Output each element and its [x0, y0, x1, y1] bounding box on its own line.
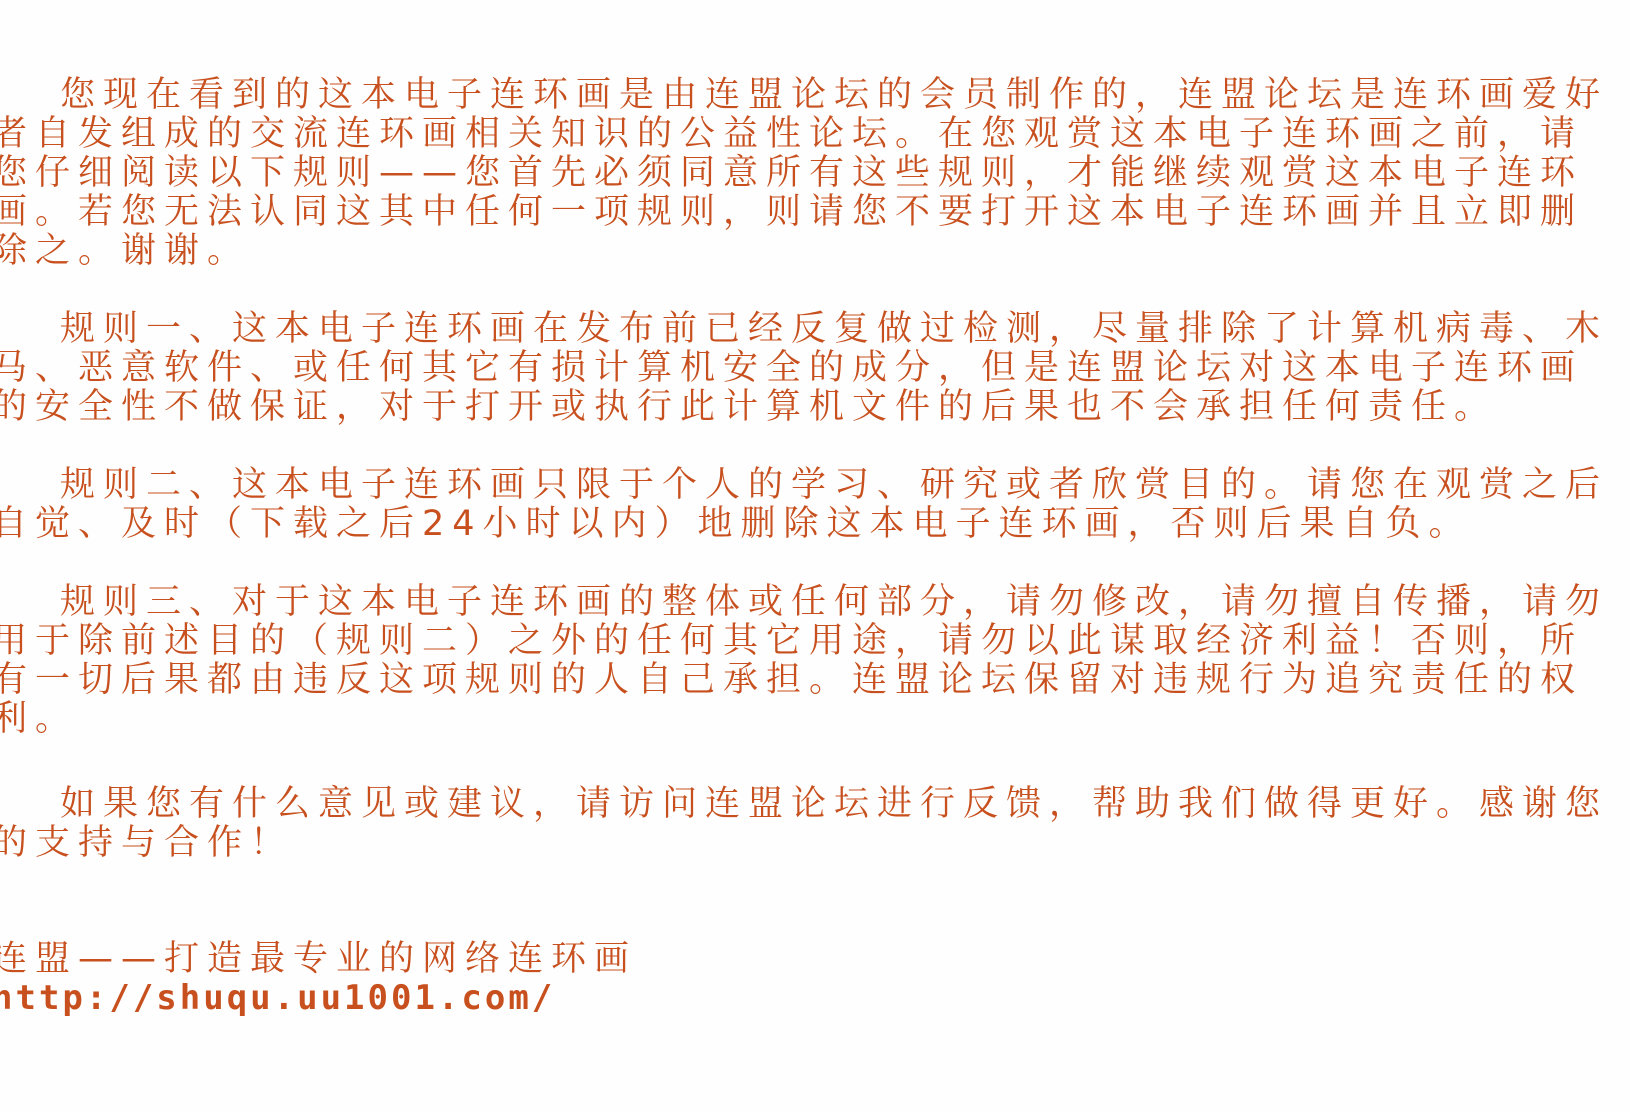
notice-page: 您现在看到的这本电子连环画是由连盟论坛的会员制作的，连盟论坛是连环画爱好 者自发…	[0, 76, 1630, 1018]
text-line: 规则一、这本电子连环画在发布前已经反复做过检测，尽量排除了计算机病毒、木	[0, 310, 1630, 349]
forum-url: http://shuqu.uu1001.com/	[0, 979, 1630, 1018]
text-line: 画。若您无法认同这其中任何一项规则，则请您不要打开这本电子连环画并且立即删	[0, 193, 1630, 232]
text-line: 马、恶意软件、或任何其它有损计算机安全的成分，但是连盟论坛对这本电子连环画	[0, 349, 1630, 388]
text-line: 用于除前述目的（规则二）之外的任何其它用途，请勿以此谋取经济利益！否则，所	[0, 622, 1630, 661]
rule-2-paragraph: 规则二、这本电子连环画只限于个人的学习、研究或者欣赏目的。请您在观赏之后 自觉、…	[0, 466, 1630, 544]
text-line: 的安全性不做保证，对于打开或执行此计算机文件的后果也不会承担任何责任。	[0, 388, 1630, 427]
text-line: 的支持与合作！	[0, 824, 1630, 863]
footer: 连盟——打造最专业的网络连环画 http://shuqu.uu1001.com/	[0, 940, 1630, 1018]
text-line: 利。	[0, 700, 1630, 739]
intro-paragraph: 您现在看到的这本电子连环画是由连盟论坛的会员制作的，连盟论坛是连环画爱好 者自发…	[0, 76, 1630, 271]
feedback-paragraph: 如果您有什么意见或建议，请访问连盟论坛进行反馈，帮助我们做得更好。感谢您 的支持…	[0, 785, 1630, 863]
rule-3-paragraph: 规则三、对于这本电子连环画的整体或任何部分，请勿修改，请勿擅自传播，请勿 用于除…	[0, 583, 1630, 739]
text-line: 规则二、这本电子连环画只限于个人的学习、研究或者欣赏目的。请您在观赏之后	[0, 466, 1630, 505]
text-line: 您仔细阅读以下规则——您首先必须同意所有这些规则，才能继续观赏这本电子连环	[0, 154, 1630, 193]
text-line: 您现在看到的这本电子连环画是由连盟论坛的会员制作的，连盟论坛是连环画爱好	[0, 76, 1630, 115]
text-line: 规则三、对于这本电子连环画的整体或任何部分，请勿修改，请勿擅自传播，请勿	[0, 583, 1630, 622]
text-line: 有一切后果都由违反这项规则的人自己承担。连盟论坛保留对违规行为追究责任的权	[0, 661, 1630, 700]
text-line: 者自发组成的交流连环画相关知识的公益性论坛。在您观赏这本电子连环画之前，请	[0, 115, 1630, 154]
forum-slogan: 连盟——打造最专业的网络连环画	[0, 940, 1630, 979]
text-line: 自觉、及时（下载之后24小时以内）地删除这本电子连环画，否则后果自负。	[0, 505, 1630, 544]
rule-1-paragraph: 规则一、这本电子连环画在发布前已经反复做过检测，尽量排除了计算机病毒、木 马、恶…	[0, 310, 1630, 427]
text-line: 除之。谢谢。	[0, 232, 1630, 271]
text-line: 如果您有什么意见或建议，请访问连盟论坛进行反馈，帮助我们做得更好。感谢您	[0, 785, 1630, 824]
